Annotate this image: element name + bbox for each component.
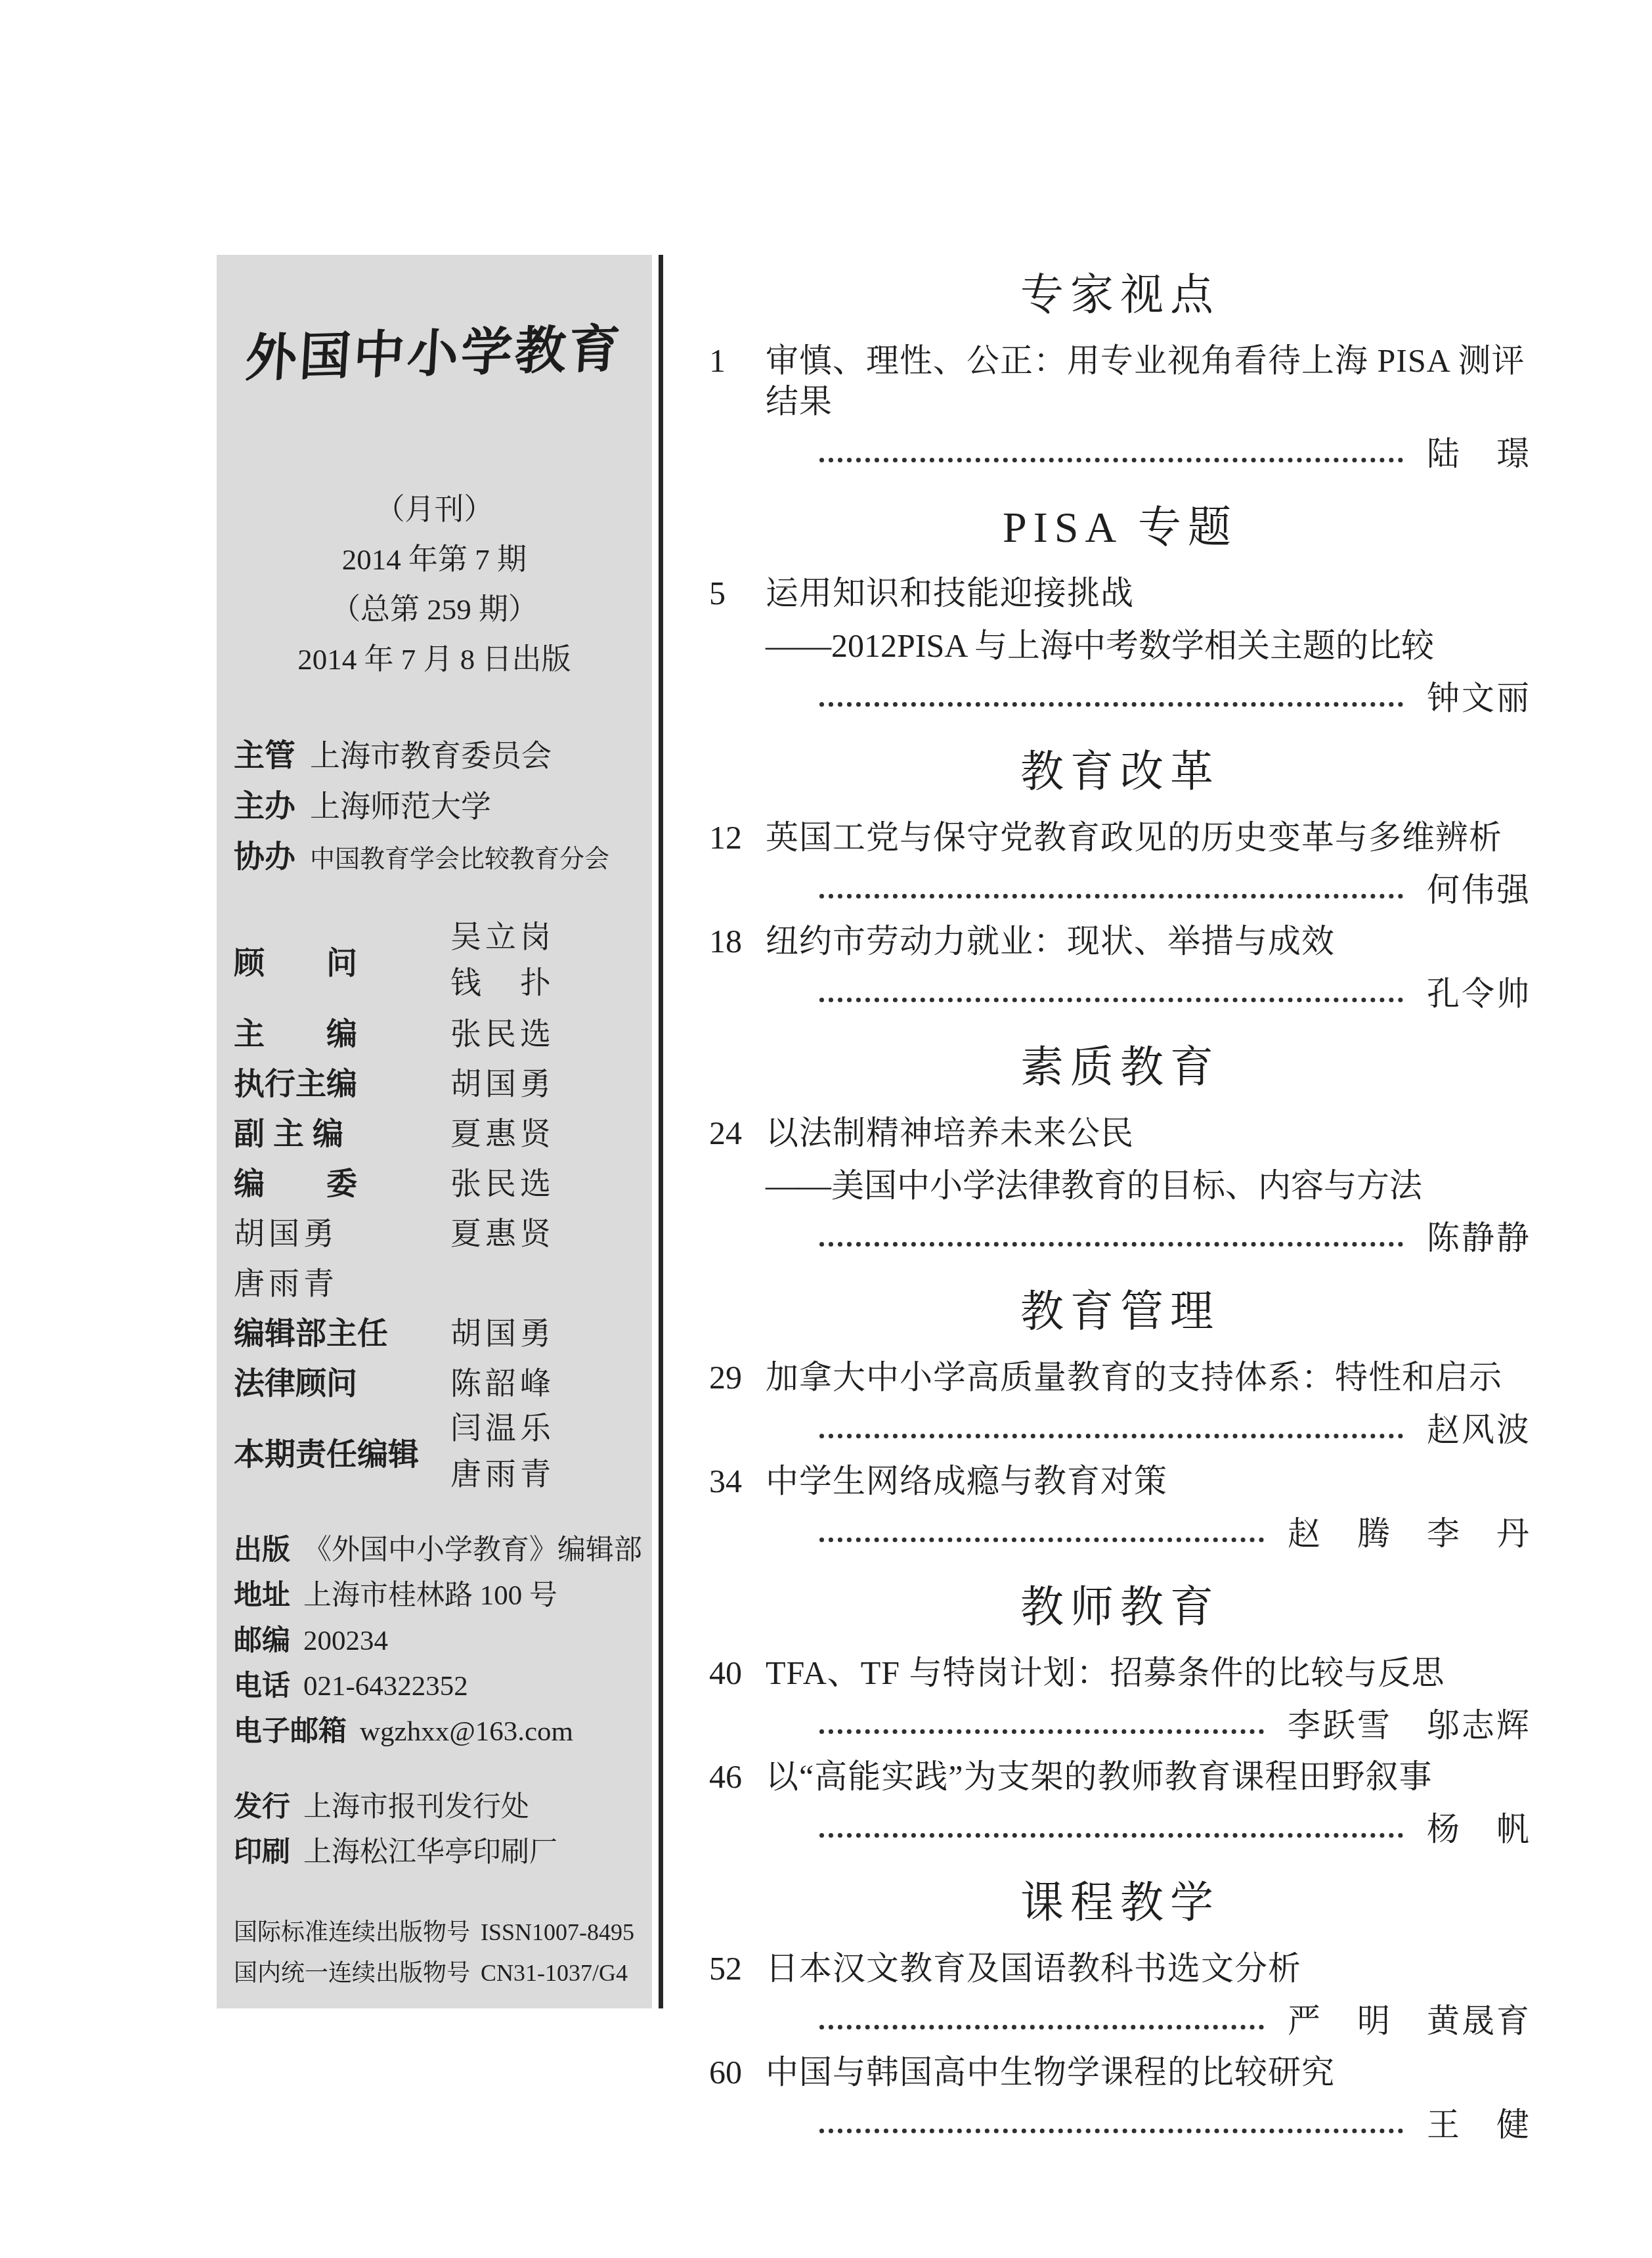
item-title-row: 40 TFA、TF 与特岗计划：招募条件的比较与反思 bbox=[709, 1652, 1531, 1693]
phone-value: 021-64322352 bbox=[303, 1664, 468, 1709]
item-title-row: 5 运用知识和技能迎接挑战 bbox=[709, 573, 1531, 613]
item-title-row: 24 以法制精神培养未来公民 bbox=[709, 1113, 1531, 1153]
supervisor-label: 主管 bbox=[234, 730, 295, 780]
organizers-block: 主管 上海市教育委员会 主办 上海师范大学 协办 中国教育学会比较教育分会 bbox=[234, 730, 635, 884]
advisor-label: 顾 问 bbox=[234, 939, 450, 983]
dotted-leader bbox=[819, 2129, 1403, 2133]
publisher-label: 出版 bbox=[234, 1528, 290, 1572]
article-title: 纽约市劳动力就业：现状、举措与成效 bbox=[766, 921, 1335, 962]
toc-section-pisa-special: PISA 专题 5 运用知识和技能迎接挑战 ——2012PISA 与上海中考数学… bbox=[709, 500, 1531, 719]
co-organizer-label: 协办 bbox=[234, 831, 295, 881]
leader-row: 李跃雪 邬志辉 bbox=[819, 1705, 1531, 1746]
printer-value: 上海松江华亭印刷厂 bbox=[303, 1830, 557, 1875]
board-member-name: 夏惠贤 bbox=[450, 1209, 635, 1253]
office-director-name: 胡国勇 bbox=[450, 1309, 635, 1353]
office-director-row: 编辑部主任 胡国勇 bbox=[234, 1306, 635, 1356]
page-number: 60 bbox=[709, 2052, 766, 2092]
article-title: 英国工党与保守党教育政见的历史变革与多维辨析 bbox=[766, 817, 1502, 858]
article-authors: 李跃雪 邬志辉 bbox=[1264, 1705, 1531, 1746]
office-director-label: 编辑部主任 bbox=[234, 1309, 450, 1353]
article-title: 运用知识和技能迎接挑战 bbox=[766, 573, 1134, 613]
address-row: 地址 上海市桂林路 100 号 bbox=[234, 1573, 635, 1618]
leader-row: 钟文丽 bbox=[819, 678, 1531, 719]
item-title-row: 18 纽约市劳动力就业：现状、举措与成效 bbox=[709, 921, 1531, 962]
toc-item: 12 英国工党与保守党教育政见的历史变革与多维辨析 何伟强 bbox=[709, 817, 1531, 910]
leader-row: 杨 帆 bbox=[819, 1809, 1531, 1849]
serial-numbers-block: 国际标准连续出版物号 ISSN1007-8495 国内统一连续出版物号 CN31… bbox=[234, 1912, 635, 1993]
page-number: 34 bbox=[709, 1461, 766, 1501]
email-label: 电子邮箱 bbox=[234, 1709, 347, 1754]
cn-number-value: CN31-1037/G4 bbox=[481, 1953, 628, 1993]
article-title: 中学生网络成瘾与教育对策 bbox=[766, 1461, 1167, 1501]
issue-editor-label: 本期责任编辑 bbox=[234, 1430, 450, 1474]
article-title: 加拿大中小学高质量教育的支持体系：特性和启示 bbox=[766, 1357, 1502, 1398]
publisher-value: 《外国中小学教育》编辑部 bbox=[303, 1528, 642, 1573]
page-number: 52 bbox=[709, 1948, 766, 1989]
page-number: 18 bbox=[709, 921, 766, 962]
dotted-leader bbox=[819, 458, 1403, 462]
deputy-editor-name: 夏惠贤 bbox=[450, 1109, 635, 1153]
article-authors: 严 明 黄晟育 bbox=[1264, 2001, 1531, 2041]
editorial-board-row: 胡国勇 夏惠贤 bbox=[234, 1206, 635, 1256]
printer-row: 印刷 上海松江华亭印刷厂 bbox=[234, 1830, 635, 1875]
article-authors: 钟文丽 bbox=[1403, 678, 1531, 719]
section-heading: PISA 专题 bbox=[709, 500, 1531, 556]
toc-item: 34 中学生网络成瘾与教育对策 赵 腾 李 丹 bbox=[709, 1461, 1531, 1554]
toc-item: 18 纽约市劳动力就业：现状、举措与成效 孔令帅 bbox=[709, 921, 1531, 1014]
phone-row: 电话 021-64322352 bbox=[234, 1664, 635, 1709]
total-issue-line: （总第 259 期） bbox=[234, 585, 635, 634]
toc-item: 52 日本汉文教育及国语教科书选文分析 严 明 黄晟育 bbox=[709, 1948, 1531, 2041]
distributor-label: 发行 bbox=[234, 1784, 290, 1829]
leader-row: 严 明 黄晟育 bbox=[819, 2001, 1531, 2041]
deputy-editor-row: 副 主 编 夏惠贤 bbox=[234, 1106, 635, 1156]
page-number: 5 bbox=[709, 573, 766, 613]
toc-section-curriculum-teaching: 课程教学 52 日本汉文教育及国语教科书选文分析 严 明 黄晟育 60 中国与韩… bbox=[709, 1876, 1531, 2145]
toc-item: 40 TFA、TF 与特岗计划：招募条件的比较与反思 李跃雪 邬志辉 bbox=[709, 1652, 1531, 1746]
dotted-leader bbox=[819, 894, 1403, 898]
postcode-value: 200234 bbox=[303, 1619, 388, 1664]
article-title: 日本汉文教育及国语教科书选文分析 bbox=[766, 1948, 1301, 1989]
dotted-leader bbox=[819, 2025, 1264, 2029]
printer-label: 印刷 bbox=[234, 1830, 290, 1874]
masthead-panel: 外国中小学教育 （月刊） 2014 年第 7 期 （总第 259 期） 2014… bbox=[217, 255, 652, 2008]
distributor-value: 上海市报刊发行处 bbox=[303, 1785, 529, 1830]
publisher-row: 出版 《外国中小学教育》编辑部 bbox=[234, 1528, 635, 1573]
section-heading: 教育管理 bbox=[709, 1285, 1531, 1340]
legal-counsel-name: 陈韶峰 bbox=[450, 1359, 635, 1403]
article-authors: 赵风波 bbox=[1403, 1409, 1531, 1450]
advisor-name: 钱 扑 bbox=[450, 960, 635, 1006]
email-row: 电子邮箱 wgzhxx@163.com bbox=[234, 1709, 635, 1754]
page-number: 1 bbox=[709, 340, 766, 381]
dotted-leader bbox=[819, 1833, 1403, 1838]
article-authors: 杨 帆 bbox=[1403, 1809, 1531, 1849]
leader-row: 陆 璟 bbox=[819, 433, 1531, 474]
leader-row: 孔令帅 bbox=[819, 973, 1531, 1014]
sponsor-row: 主办 上海师范大学 bbox=[234, 781, 635, 831]
distributor-row: 发行 上海市报刊发行处 bbox=[234, 1784, 635, 1830]
toc-section-teacher-education: 教师教育 40 TFA、TF 与特岗计划：招募条件的比较与反思 李跃雪 邬志辉 … bbox=[709, 1580, 1531, 1849]
publish-date-line: 2014 年 7 月 8 日出版 bbox=[234, 634, 635, 684]
postcode-label: 邮编 bbox=[234, 1618, 290, 1663]
toc-section-expert-view: 专家视点 1 审慎、理性、公正：用专业视角看待上海 PISA 测评结果 陆 璟 bbox=[709, 268, 1531, 474]
item-title-row: 46 以“高能实践”为支架的教师教育课程田野叙事 bbox=[709, 1756, 1531, 1797]
issn-row: 国际标准连续出版物号 ISSN1007-8495 bbox=[234, 1912, 635, 1953]
issn-value: ISSN1007-8495 bbox=[481, 1912, 634, 1953]
item-title-row: 60 中国与韩国高中生物学课程的比较研究 bbox=[709, 2052, 1531, 2092]
issue-editor-names: 闫温乐 唐雨青 bbox=[450, 1406, 635, 1497]
issue-editor-name: 闫温乐 bbox=[450, 1406, 635, 1451]
address-value: 上海市桂林路 100 号 bbox=[303, 1574, 557, 1618]
dotted-leader bbox=[819, 1242, 1403, 1247]
toc-item: 46 以“高能实践”为支架的教师教育课程田野叙事 杨 帆 bbox=[709, 1756, 1531, 1849]
article-authors: 孔令帅 bbox=[1403, 973, 1531, 1014]
item-title-row: 34 中学生网络成瘾与教育对策 bbox=[709, 1461, 1531, 1501]
editorial-board-row: 唐雨青 bbox=[234, 1256, 635, 1306]
page-number: 40 bbox=[709, 1652, 766, 1693]
legal-counsel-row: 法律顾问 陈韶峰 bbox=[234, 1356, 635, 1406]
item-title-row: 1 审慎、理性、公正：用专业视角看待上海 PISA 测评结果 bbox=[709, 340, 1531, 422]
advisor-row: 顾 问 吴立岗 钱 扑 bbox=[234, 914, 635, 1006]
leader-row: 陈静静 bbox=[819, 1218, 1531, 1258]
page-number: 24 bbox=[709, 1113, 766, 1153]
table-of-contents: 专家视点 1 审慎、理性、公正：用专业视角看待上海 PISA 测评结果 陆 璟 … bbox=[709, 263, 1531, 2145]
advisor-names: 吴立岗 钱 扑 bbox=[450, 914, 635, 1006]
issue-line: 2014 年第 7 期 bbox=[234, 535, 635, 585]
address-label: 地址 bbox=[234, 1573, 290, 1618]
article-title: 以“高能实践”为支架的教师教育课程田野叙事 bbox=[766, 1756, 1432, 1797]
board-member-name: 张民选 bbox=[450, 1159, 635, 1203]
article-title: 审慎、理性、公正：用专业视角看待上海 PISA 测评结果 bbox=[766, 340, 1531, 422]
journal-contents-page: 外国中小学教育 （月刊） 2014 年第 7 期 （总第 259 期） 2014… bbox=[0, 0, 1652, 2258]
dotted-leader bbox=[819, 702, 1403, 707]
co-organizer-value: 中国教育学会比较教育分会 bbox=[310, 834, 609, 884]
article-authors: 赵 腾 李 丹 bbox=[1264, 1513, 1531, 1554]
article-authors: 陆 璟 bbox=[1403, 433, 1531, 474]
distribution-block: 发行 上海市报刊发行处 印刷 上海松江华亭印刷厂 bbox=[234, 1784, 635, 1875]
dotted-leader bbox=[819, 1434, 1403, 1438]
chief-editor-name: 张民选 bbox=[450, 1009, 635, 1053]
article-subtitle: ——美国中小学法律教育的目标、内容与方法 bbox=[709, 1165, 1531, 1206]
executive-editor-name: 胡国勇 bbox=[450, 1059, 635, 1103]
section-heading: 教育改革 bbox=[709, 745, 1531, 800]
supervisor-row: 主管 上海市教育委员会 bbox=[234, 730, 635, 781]
item-title-row: 52 日本汉文教育及国语教科书选文分析 bbox=[709, 1948, 1531, 1989]
toc-section-education-reform: 教育改革 12 英国工党与保守党教育政见的历史变革与多维辨析 何伟强 18 纽约… bbox=[709, 745, 1531, 1014]
dotted-leader bbox=[819, 1729, 1264, 1734]
executive-editor-row: 执行主编 胡国勇 bbox=[234, 1056, 635, 1106]
cn-number-label: 国内统一连续出版物号 bbox=[234, 1953, 470, 1993]
section-heading: 素质教育 bbox=[709, 1040, 1531, 1096]
section-heading: 专家视点 bbox=[709, 268, 1531, 323]
item-title-row: 12 英国工党与保守党教育政见的历史变革与多维辨析 bbox=[709, 817, 1531, 858]
toc-section-quality-education: 素质教育 24 以法制精神培养未来公民 ——美国中小学法律教育的目标、内容与方法… bbox=[709, 1040, 1531, 1258]
vertical-rule bbox=[659, 255, 663, 2008]
toc-item: 60 中国与韩国高中生物学课程的比较研究 王 健 bbox=[709, 2052, 1531, 2145]
article-title: 以法制精神培养未来公民 bbox=[766, 1113, 1134, 1153]
publishing-block: 出版 《外国中小学教育》编辑部 地址 上海市桂林路 100 号 邮编 20023… bbox=[234, 1528, 635, 1754]
issn-label: 国际标准连续出版物号 bbox=[234, 1912, 470, 1953]
phone-label: 电话 bbox=[234, 1664, 290, 1708]
article-authors: 陈静静 bbox=[1403, 1218, 1531, 1258]
leader-row: 赵风波 bbox=[819, 1409, 1531, 1450]
sponsor-label: 主办 bbox=[234, 781, 295, 831]
supervisor-value: 上海市教育委员会 bbox=[310, 731, 552, 781]
dotted-leader bbox=[819, 998, 1403, 1002]
sponsor-value: 上海师范大学 bbox=[310, 782, 491, 831]
dotted-leader bbox=[819, 1538, 1264, 1542]
executive-editor-label: 执行主编 bbox=[234, 1059, 450, 1103]
issue-editor-row: 本期责任编辑 闫温乐 唐雨青 bbox=[234, 1406, 635, 1497]
frequency-line: （月刊） bbox=[234, 485, 635, 535]
chief-editor-row: 主 编 张民选 bbox=[234, 1006, 635, 1056]
leader-row: 赵 腾 李 丹 bbox=[819, 1513, 1531, 1554]
staff-block: 顾 问 吴立岗 钱 扑 主 编 张民选 执行主编 胡国勇 副 主 编 夏惠贤 编… bbox=[234, 914, 635, 1497]
page-number: 12 bbox=[709, 817, 766, 858]
leader-row: 王 健 bbox=[819, 2104, 1531, 2145]
article-authors: 何伟强 bbox=[1403, 870, 1531, 910]
article-authors: 王 健 bbox=[1403, 2104, 1531, 2145]
editorial-board-row: 编 委 张民选 bbox=[234, 1156, 635, 1206]
page-number: 29 bbox=[709, 1357, 766, 1398]
toc-item: 1 审慎、理性、公正：用专业视角看待上海 PISA 测评结果 陆 璟 bbox=[709, 340, 1531, 474]
chief-editor-label: 主 编 bbox=[234, 1009, 450, 1053]
journal-logo: 外国中小学教育 bbox=[232, 307, 638, 391]
co-organizer-row: 协办 中国教育学会比较教育分会 bbox=[234, 831, 635, 884]
item-title-row: 29 加拿大中小学高质量教育的支持体系：特性和启示 bbox=[709, 1357, 1531, 1398]
article-title: TFA、TF 与特岗计划：招募条件的比较与反思 bbox=[766, 1652, 1445, 1693]
deputy-editor-label: 副 主 编 bbox=[234, 1109, 450, 1153]
issue-editor-name: 唐雨青 bbox=[450, 1451, 635, 1497]
board-member-name: 胡国勇 bbox=[234, 1209, 450, 1253]
issue-info: （月刊） 2014 年第 7 期 （总第 259 期） 2014 年 7 月 8… bbox=[234, 485, 635, 684]
section-heading: 教师教育 bbox=[709, 1580, 1531, 1635]
postcode-row: 邮编 200234 bbox=[234, 1618, 635, 1664]
toc-item: 24 以法制精神培养未来公民 ——美国中小学法律教育的目标、内容与方法 陈静静 bbox=[709, 1113, 1531, 1258]
toc-section-education-management: 教育管理 29 加拿大中小学高质量教育的支持体系：特性和启示 赵风波 34 中学… bbox=[709, 1285, 1531, 1554]
email-value: wgzhxx@163.com bbox=[360, 1710, 573, 1754]
section-heading: 课程教学 bbox=[709, 1876, 1531, 1931]
article-subtitle: ——2012PISA 与上海中考数学相关主题的比较 bbox=[709, 625, 1531, 666]
article-title: 中国与韩国高中生物学课程的比较研究 bbox=[766, 2052, 1335, 2092]
page-number: 46 bbox=[709, 1756, 766, 1797]
editorial-board-label: 编 委 bbox=[234, 1159, 450, 1203]
board-member-name: 唐雨青 bbox=[234, 1259, 450, 1303]
toc-item: 29 加拿大中小学高质量教育的支持体系：特性和启示 赵风波 bbox=[709, 1357, 1531, 1450]
legal-counsel-label: 法律顾问 bbox=[234, 1359, 450, 1403]
cn-number-row: 国内统一连续出版物号 CN31-1037/G4 bbox=[234, 1953, 635, 1993]
toc-item: 5 运用知识和技能迎接挑战 ——2012PISA 与上海中考数学相关主题的比较 … bbox=[709, 573, 1531, 719]
advisor-name: 吴立岗 bbox=[450, 914, 635, 960]
leader-row: 何伟强 bbox=[819, 870, 1531, 910]
